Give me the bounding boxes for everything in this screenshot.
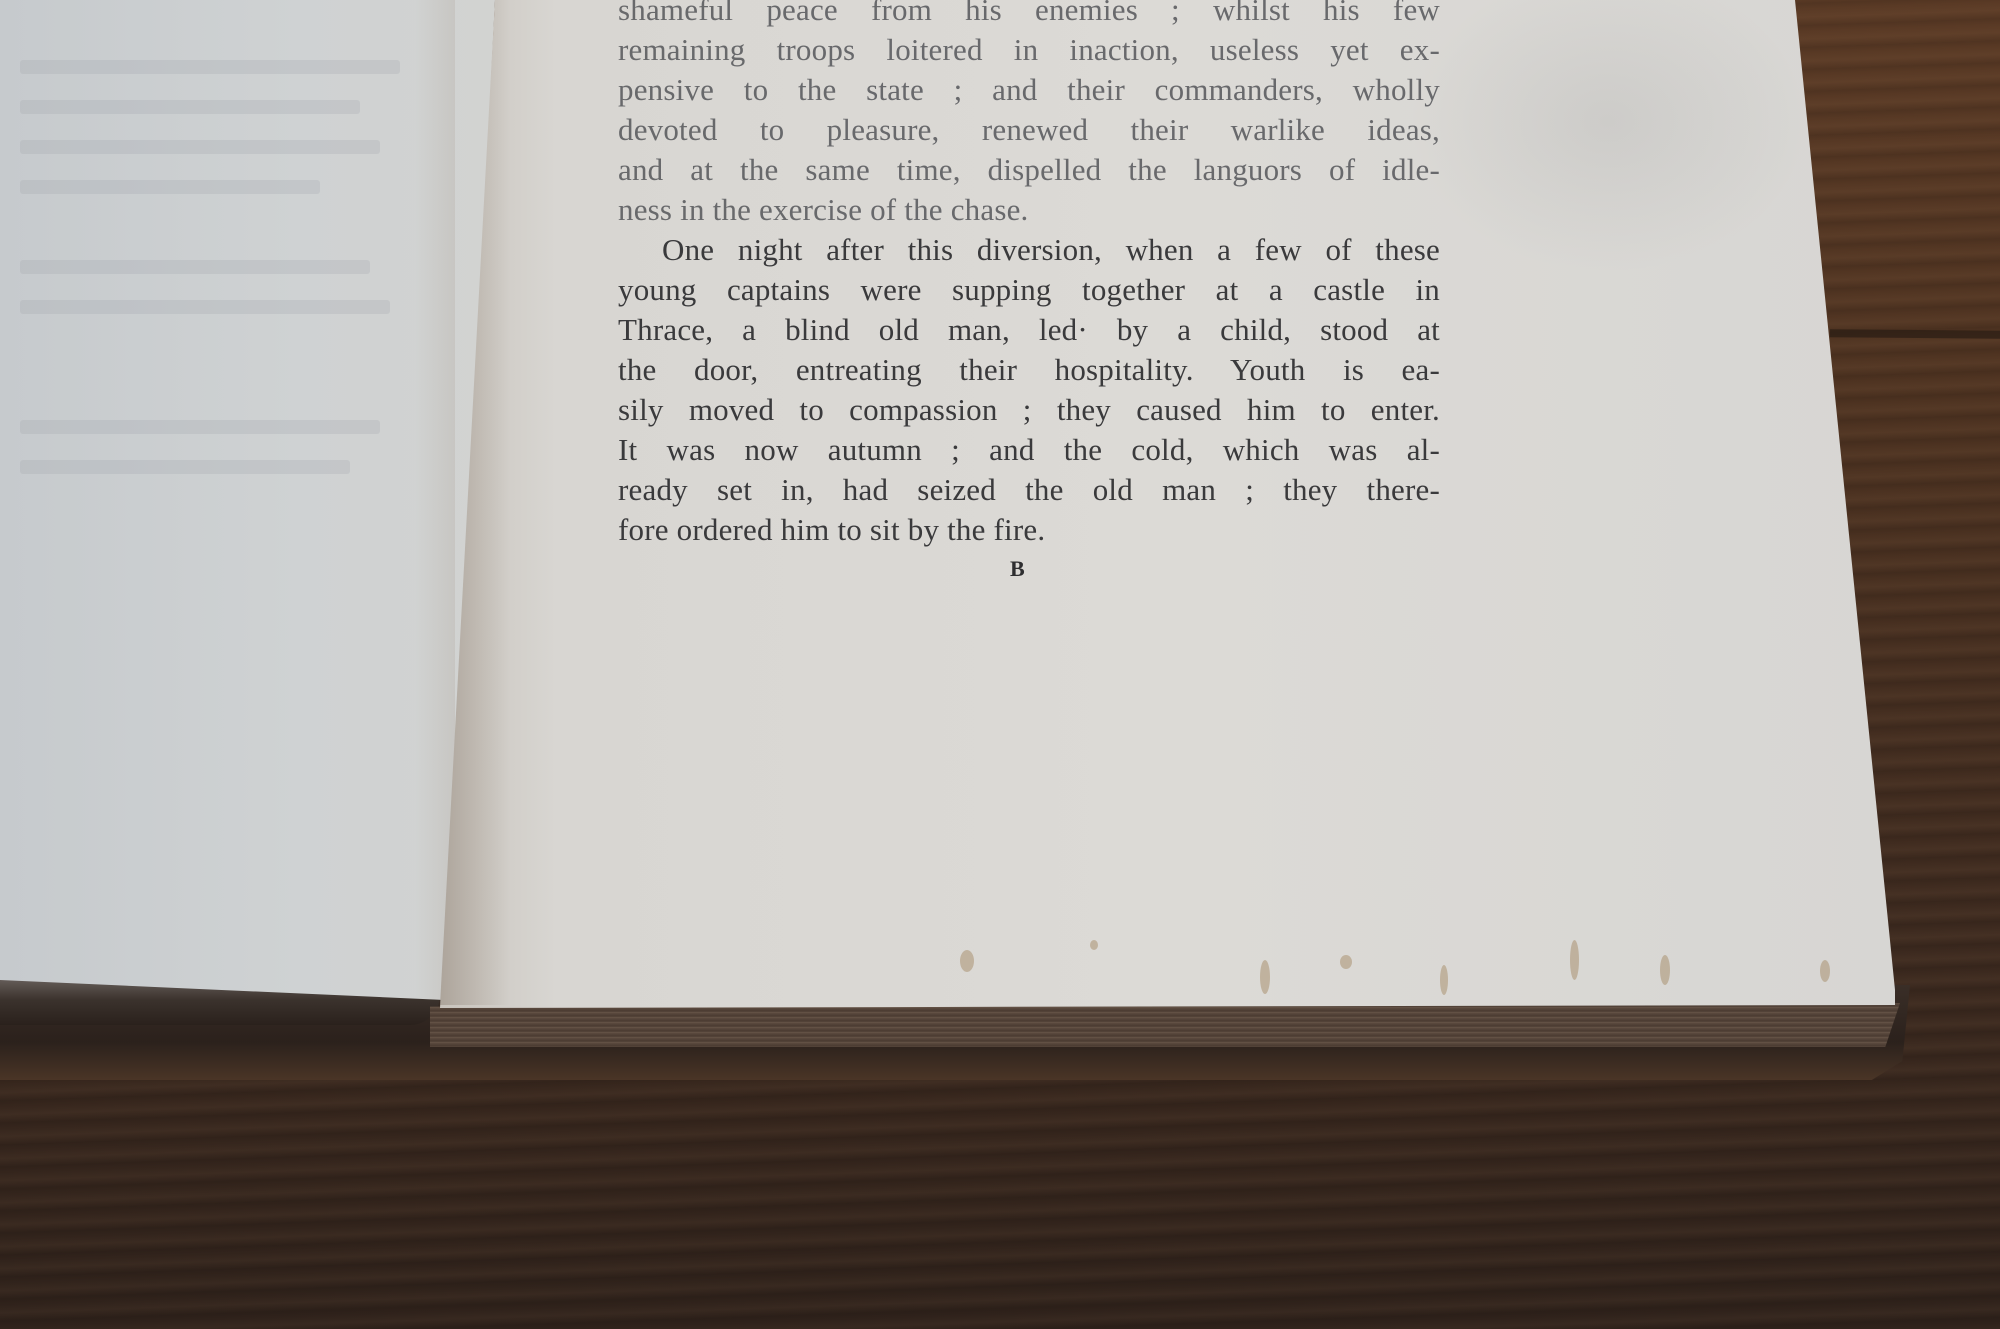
show-through-line xyxy=(20,460,350,474)
show-through-line xyxy=(20,140,380,154)
signature-mark: B xyxy=(1010,556,1025,582)
text-line: ready set in, had seized the old man ; t… xyxy=(618,470,1440,510)
show-through-line xyxy=(20,300,390,314)
foxing-spot xyxy=(1260,960,1270,994)
text-line: the door, entreating their hospitality. … xyxy=(618,350,1440,390)
text-line: and at the same time, dispelled the lang… xyxy=(618,150,1440,190)
text-line: ness in the exercise of the chase. xyxy=(618,190,1440,230)
foxing-spot xyxy=(1090,940,1098,950)
foxing-spot xyxy=(1820,960,1830,982)
text-line: shameful peace from his enemies ; whilst… xyxy=(618,0,1440,30)
page-edges-block xyxy=(430,1003,1900,1047)
text-line: sily moved to compassion ; they caused h… xyxy=(618,390,1440,430)
foxing-spot xyxy=(1340,955,1352,969)
foxing-spot xyxy=(1570,940,1579,980)
text-line: It was now autumn ; and the cold, which … xyxy=(618,430,1440,470)
text-line: fore ordered him to sit by the fire. xyxy=(618,510,1440,550)
text-line: young captains were supping together at … xyxy=(618,270,1440,310)
show-through-line xyxy=(20,100,360,114)
table-plank-seam xyxy=(1830,329,2000,338)
show-through-line xyxy=(20,60,400,74)
text-line: devoted to pleasure, renewed their warli… xyxy=(618,110,1440,150)
foxing-spot xyxy=(960,950,974,972)
text-line: Thrace, a blind old man, led· by a child… xyxy=(618,310,1440,350)
page-text: shameful peace from his enemies ; whilst… xyxy=(618,0,1440,550)
foxing-spot xyxy=(1660,955,1670,985)
left-page xyxy=(0,0,500,1000)
foxing-spot xyxy=(1440,965,1448,995)
show-through-line xyxy=(20,420,380,434)
show-through-line xyxy=(20,260,370,274)
text-line: remaining troops loitered in inaction, u… xyxy=(618,30,1440,70)
text-line: pensive to the state ; and their command… xyxy=(618,70,1440,110)
text-line: One night after this diversion, when a f… xyxy=(618,230,1440,270)
show-through-line xyxy=(20,180,320,194)
